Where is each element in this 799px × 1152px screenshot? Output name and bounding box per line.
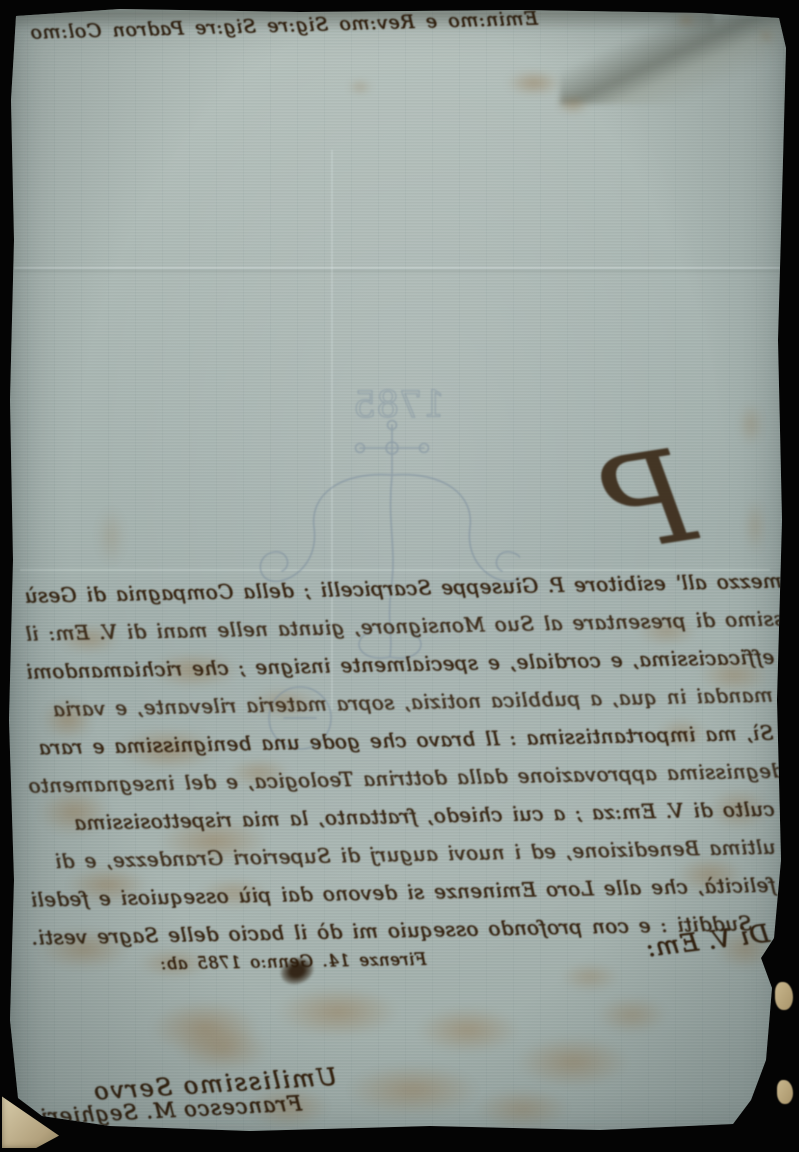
- body-line: Sì, ma importantissima : Il bravo che go…: [27, 721, 774, 774]
- signature-line-2: Francesco M. Seghieri: [40, 1098, 302, 1122]
- stain-blot: [58, 624, 120, 654]
- stain-blot: [476, 1088, 570, 1130]
- stain-blot: [228, 758, 290, 788]
- stain-blot: [348, 80, 372, 94]
- vertical-crease: [331, 150, 333, 710]
- stain-blot: [150, 1000, 260, 1056]
- body-line: mandai in qua, a pubblica notizia, sopra…: [27, 683, 774, 736]
- initial-letter-glyph: P: [597, 432, 702, 572]
- stain-blot: [248, 688, 320, 718]
- stain-blot: [416, 1006, 520, 1054]
- scanned-letter-page: 1785 P Emin:mo e Rev:mo Sig:re Sig:re Pa…: [0, 0, 799, 1152]
- stain-blot: [738, 402, 764, 446]
- stain-blot: [556, 96, 590, 114]
- stain-blot: [246, 1086, 330, 1128]
- stain-blot: [560, 962, 620, 992]
- stain-blot: [176, 1026, 270, 1072]
- stain-blot: [96, 506, 126, 566]
- salutation-line: Emin:mo e Rev:mo Sig:re Sig:re Padron Co…: [30, 10, 432, 43]
- stain-blot: [676, 856, 744, 894]
- torn-edge-chip: [775, 982, 793, 1010]
- stain-blot: [118, 728, 220, 770]
- ink-blot: [277, 953, 318, 989]
- stain-blot: [676, 14, 696, 26]
- stain-blot: [276, 986, 400, 1038]
- stain-blot: [42, 698, 94, 740]
- horizontal-crease: [14, 267, 780, 269]
- stain-blot: [758, 30, 774, 42]
- body-line: ultima Benedizione, ed i nuovi augurj di…: [30, 834, 777, 887]
- stain-blot: [148, 652, 240, 688]
- stain-blot: [66, 866, 148, 904]
- body-line: una mia efficacissima, e cordiale, e spe…: [26, 645, 773, 698]
- horizontal-crease: [20, 569, 770, 571]
- top-edge-shadow: [14, 10, 714, 36]
- closing-formula: Di V. Em:: [645, 926, 770, 955]
- stain-blot: [596, 996, 668, 1034]
- stain-blot: [506, 70, 562, 96]
- paper-sheet: 1785 P Emin:mo e Rev:mo Sig:re Sig:re Pa…: [0, 0, 799, 1152]
- body-line: felicità, che alle Loro Eminenze si devo…: [30, 872, 777, 925]
- stain-blot: [346, 1064, 480, 1116]
- place-date-line: Firenze 14. Genn:o 1785 ab:: [160, 950, 427, 974]
- watermark-1785-cross: 1785: [240, 375, 520, 765]
- signature-line-1: Umilissimo Servo: [92, 1070, 337, 1098]
- stain-blot: [656, 718, 708, 748]
- stain-blot: [636, 616, 698, 646]
- stain-blot: [708, 788, 770, 830]
- body-line: In mezzo all' esibitore P. Giuseppe Scar…: [24, 569, 771, 622]
- stain-blot: [516, 1036, 630, 1088]
- watermark-year-text: 1785: [353, 385, 445, 426]
- stain-blot: [744, 498, 766, 554]
- body-line: Sudditi : e con profondo ossequio mi dò …: [31, 910, 778, 963]
- letter-body: In mezzo all' esibitore P. Giuseppe Scar…: [24, 569, 777, 964]
- large-initial-bleed: P: [606, 438, 692, 566]
- stain-blot: [716, 928, 774, 970]
- body-line: culto di V. Em:za ; a cui chiedo, fratta…: [29, 797, 776, 850]
- stain-blot: [158, 818, 270, 864]
- stain-blot: [38, 928, 130, 970]
- stain-blot: [198, 878, 270, 908]
- fold-shadow-top-right: [560, 14, 795, 104]
- body-line: degnissima approvazione dalla dottrina T…: [28, 759, 775, 812]
- stain-blot: [698, 656, 770, 694]
- stain-blot: [38, 788, 110, 836]
- body-line: umilissimo di presentare al Suo Monsigno…: [25, 607, 772, 660]
- stain-blot: [138, 948, 210, 978]
- torn-edge-chip: [777, 1080, 793, 1104]
